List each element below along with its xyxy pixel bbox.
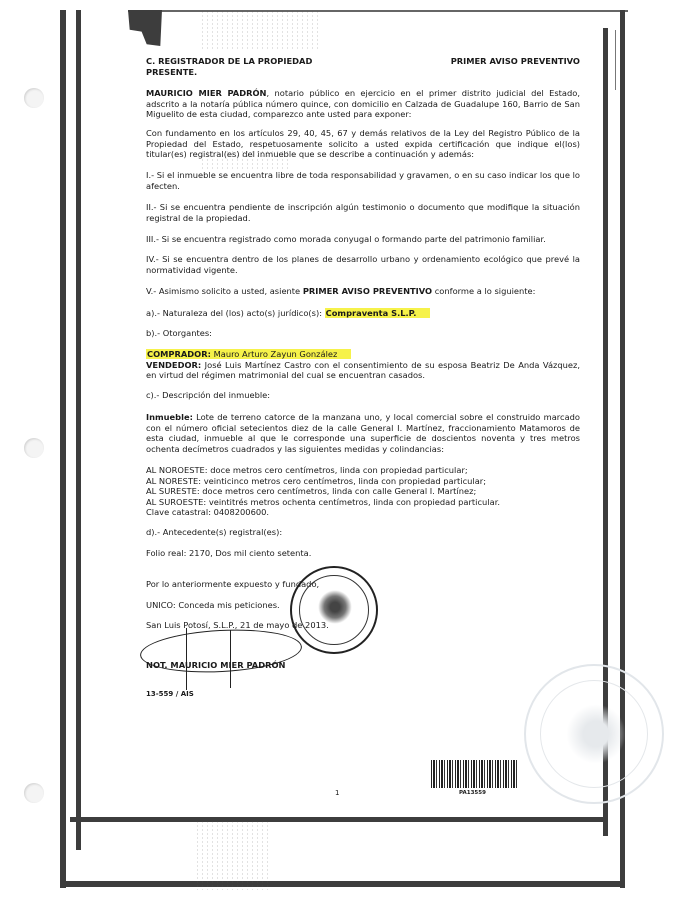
antecedents-label: d).- Antecedente(s) registral(es): xyxy=(146,527,580,538)
request-text: IV.- Si se encuentra dentro de los plane… xyxy=(146,254,580,275)
seller-label: VENDEDOR: xyxy=(146,360,201,370)
folio-line: Folio real: 2170, Dos mil ciento setenta… xyxy=(146,548,580,559)
signatory-name: NOT. MAURICIO MIER PADRÓN xyxy=(146,660,580,671)
punch-hole xyxy=(24,88,44,108)
boundary-direction: AL NOROESTE: xyxy=(146,465,208,475)
act-type-highlight: Compraventa S.L.P. xyxy=(325,308,431,318)
scan-noise xyxy=(195,820,270,890)
intro-paragraph: MAURICIO MIER PADRÓN, notario público en… xyxy=(146,88,580,120)
notary-stamp xyxy=(290,566,378,654)
boundary-direction: AL SURESTE: xyxy=(146,486,200,496)
boundary-direction: AL SUROESTE: xyxy=(146,497,206,507)
eagle-seal-icon xyxy=(318,590,352,624)
folio-text: Folio real: 2170, Dos mil ciento setenta… xyxy=(146,548,580,559)
signature-stroke xyxy=(186,628,187,690)
punch-hole xyxy=(24,438,44,458)
boundary-item: AL SURESTE: doce metros cero centímetros… xyxy=(146,486,580,497)
boundaries-list: AL NOROESTE: doce metros cero centímetro… xyxy=(146,465,580,518)
section-d-label: d).- Antecedente(s) registral(es): xyxy=(146,527,580,538)
boundary-text: doce metros cero centímetros, linda con … xyxy=(208,465,468,475)
request-1: I.- Si el inmueble se encuentra libre de… xyxy=(146,170,580,191)
request-2: II.- Si se encuentra pendiente de inscri… xyxy=(146,202,580,223)
scan-border-right-dashed xyxy=(615,30,616,90)
eagle-emblem-icon xyxy=(566,704,626,764)
document-type: PRIMER AVISO PREVENTIVO xyxy=(451,56,580,67)
property-text: Lote de terreno catorce de la manzana un… xyxy=(146,412,580,454)
boundary-text: veinticinco metros cero centímetros, lin… xyxy=(201,476,486,486)
section-b-label: b).- Otorgantes: xyxy=(146,328,580,339)
buyer-name: Mauro Arturo Zayun González xyxy=(211,349,337,359)
request-4: IV.- Si se encuentra dentro de los plane… xyxy=(146,254,580,275)
barcode xyxy=(431,760,519,788)
boundary-text: veintitrés metros ochenta centímetros, l… xyxy=(206,497,500,507)
grantors-label: b).- Otorgantes: xyxy=(146,328,580,339)
section-b-parties: COMPRADOR: Mauro Arturo Zayun González V… xyxy=(146,349,580,381)
boundary-item: AL SUROESTE: veintitrés metros ochenta c… xyxy=(146,497,580,508)
boundary-text: doce metros cero centímetros, linda con … xyxy=(200,486,477,496)
request-3: III.- Si se encuentra registrado como mo… xyxy=(146,234,580,245)
boundary-direction: AL NORESTE: xyxy=(146,476,201,486)
section-a-label: a).- Naturaleza del (los) acto(s) jurídi… xyxy=(146,308,325,318)
boundary-item: AL NOROESTE: doce metros cero centímetro… xyxy=(146,465,580,476)
addressee-line2: PRESENTE. xyxy=(146,67,580,78)
signatory: NOT. MAURICIO MIER PADRÓN xyxy=(146,660,580,671)
reference-code: 13-559 / AIS xyxy=(146,690,194,698)
signature-stroke xyxy=(230,630,231,688)
scan-artifact xyxy=(128,10,162,46)
scan-border-bottom-outer xyxy=(60,881,625,887)
request-v-prefix: V.- Asimismo solicito a usted, asiente xyxy=(146,286,303,296)
faded-seal xyxy=(524,664,664,804)
section-c-label: c).- Descripción del inmueble: xyxy=(146,390,580,401)
request-5: V.- Asimismo solicito a usted, asiente P… xyxy=(146,286,580,297)
scan-border-left-inner xyxy=(76,10,81,850)
foundation-text: Con fundamento en los artículos 29, 40, … xyxy=(146,128,580,160)
punch-hole xyxy=(24,783,44,803)
buyer-highlight: COMPRADOR: Mauro Arturo Zayun González xyxy=(146,349,351,359)
document-header: C. REGISTRADOR DE LA PROPIEDAD PRESENTE.… xyxy=(146,56,580,77)
barcode-label: PA13559 xyxy=(459,790,486,796)
buyer-label: COMPRADOR: xyxy=(147,349,211,359)
page-number: 1 xyxy=(335,789,339,797)
scan-border-bottom-inner xyxy=(70,817,606,822)
request-text: III.- Si se encuentra registrado como mo… xyxy=(146,234,580,245)
seller-text: José Luis Martínez Castro con el consent… xyxy=(146,360,580,381)
section-a: a).- Naturaleza del (los) acto(s) jurídi… xyxy=(146,308,580,319)
cadastral-key: Clave catastral: 0408200600. xyxy=(146,507,580,518)
property-label: Inmueble: xyxy=(146,412,193,422)
description-label: c).- Descripción del inmueble: xyxy=(146,390,580,401)
scan-noise xyxy=(200,10,320,50)
property-description: Inmueble: Lote de terreno catorce de la … xyxy=(146,412,580,454)
scan-border-left-outer xyxy=(60,10,66,888)
request-text: II.- Si se encuentra pendiente de inscri… xyxy=(146,202,580,223)
foundation-paragraph: Con fundamento en los artículos 29, 40, … xyxy=(146,128,580,160)
request-v-suffix: conforme a lo siguiente: xyxy=(432,286,535,296)
boundary-item: AL NORESTE: veinticinco metros cero cent… xyxy=(146,476,580,487)
request-text: I.- Si el inmueble se encuentra libre de… xyxy=(146,170,580,191)
request-v-bold: PRIMER AVISO PREVENTIVO xyxy=(303,286,432,296)
notary-name: MAURICIO MIER PADRÓN xyxy=(146,88,267,98)
